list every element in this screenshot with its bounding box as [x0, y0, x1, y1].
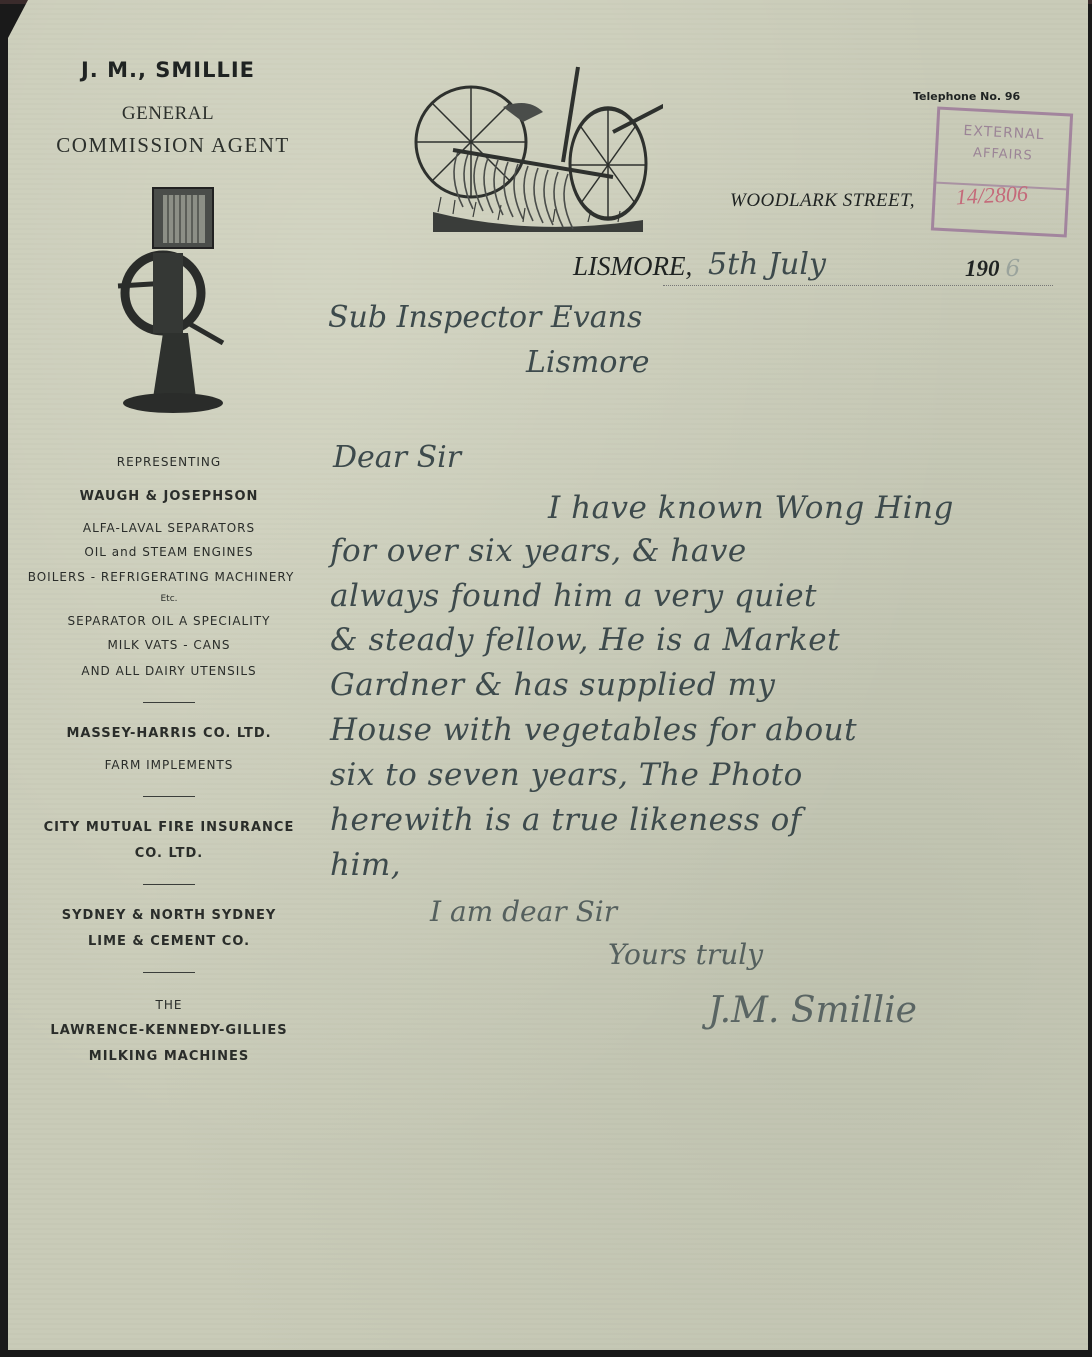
rep-waugh-line: Etc. [22, 594, 316, 604]
body-line: for over six years, & have [330, 533, 747, 569]
body-line: always found him a very quiet [330, 578, 817, 614]
addressee-line2: Lismore [526, 345, 650, 380]
stamp-line2: AFFAIRS [938, 144, 1069, 166]
date-dotted-line [663, 285, 1053, 286]
rep-sydney-line: LIME & CEMENT CO. [22, 934, 316, 949]
divider [143, 796, 195, 797]
cream-separator-illustration [108, 183, 228, 418]
divider [143, 702, 195, 703]
hay-rake-illustration [413, 62, 663, 237]
stamp-file-number: 14/2806 [955, 181, 1028, 211]
rep-citymutual-heading: CITY MUTUAL FIRE INSURANCE [22, 820, 316, 835]
body-line: & steady fellow, He is a Market [330, 622, 840, 658]
year-prefix: 190 [965, 256, 1000, 281]
body-line: six to seven years, The Photo [330, 757, 803, 793]
divider [143, 972, 195, 973]
rep-citymutual-line: CO. LTD. [22, 846, 316, 861]
company-title-line2: COMMISSION AGENT [48, 133, 298, 158]
rep-lkg-pre: THE [22, 998, 316, 1012]
city-name: LISMORE, [573, 251, 692, 282]
representing-label: REPRESENTING [22, 455, 316, 469]
body-line: him, [330, 847, 401, 883]
street-address: WOODLARK STREET, [730, 190, 915, 212]
signature: J.M. Smillie [708, 990, 917, 1031]
rep-massey-heading: MASSEY-HARRIS CO. LTD. [22, 726, 316, 741]
external-affairs-stamp: EXTERNAL AFFAIRS 14/2806 [931, 107, 1073, 238]
body-line: Gardner & has supplied my [330, 667, 775, 703]
company-name: J. M., SMILLIE [48, 58, 288, 82]
year-printed: 1906 [965, 256, 1020, 282]
divider [143, 884, 195, 885]
stamp-line1: EXTERNAL [939, 122, 1070, 145]
rep-waugh-line: MILK VATS - CANS [22, 638, 316, 652]
rep-waugh-line: ALFA-LAVAL SEPARATORS [22, 521, 316, 535]
body-line: I have known Wong Hing [548, 490, 954, 526]
closing-line2: Yours truly [608, 938, 763, 971]
company-title-line1: GENERAL [48, 103, 288, 125]
telephone-number: Telephone No. 96 [913, 90, 1020, 103]
rep-lkg-line: MILKING MACHINES [22, 1049, 316, 1064]
rep-sydney-heading: SYDNEY & NORTH SYDNEY [22, 908, 316, 923]
rep-waugh-line: BOILERS - REFRIGERATING MACHINERY [8, 570, 314, 584]
rep-waugh-line: SEPARATOR OIL A SPECIALITY [22, 614, 316, 628]
handwritten-date: 5th July [708, 247, 826, 282]
rep-waugh-line: OIL and STEAM ENGINES [22, 545, 316, 559]
rep-lkg-heading: LAWRENCE-KENNEDY-GILLIES [22, 1023, 316, 1038]
salutation: Dear Sir [333, 440, 461, 475]
letter-paper: J. M., SMILLIE GENERAL COMMISSION AGENT … [8, 0, 1088, 1350]
closing-line1: I am dear Sir [430, 895, 617, 928]
rep-waugh-heading: WAUGH & JOSEPHSON [22, 489, 316, 504]
year-suffix-handwritten: 6 [1006, 256, 1021, 282]
body-line: herewith is a true likeness of [330, 802, 802, 838]
addressee-line1: Sub Inspector Evans [328, 300, 642, 335]
rep-waugh-line: AND ALL DAIRY UTENSILS [22, 664, 316, 678]
rep-massey-line: FARM IMPLEMENTS [22, 758, 316, 772]
body-line: House with vegetables for about [330, 712, 857, 748]
